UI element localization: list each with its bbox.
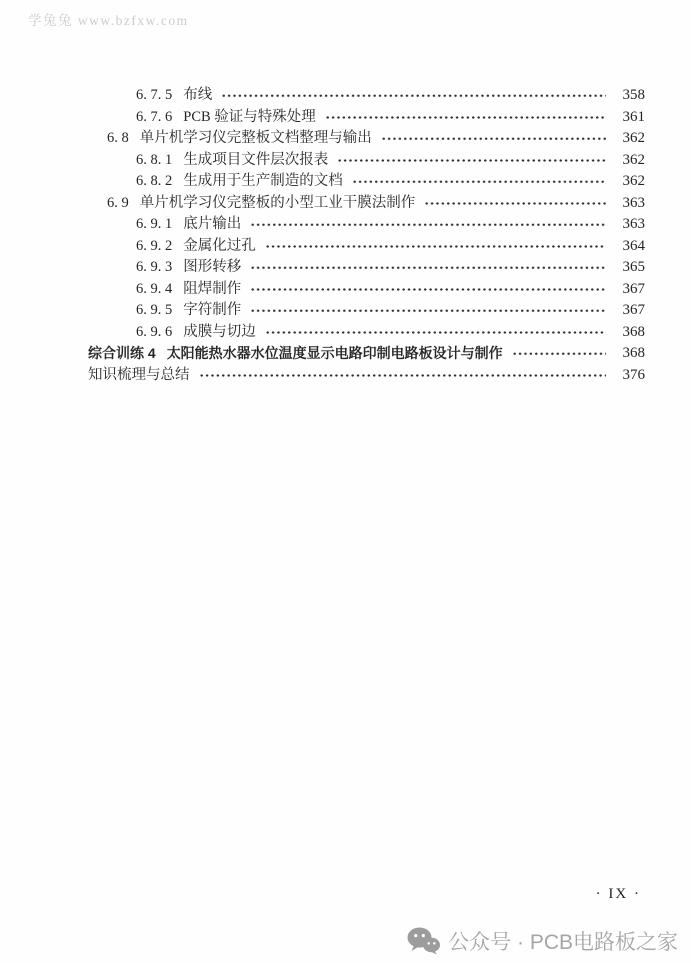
toc-entry-title: PCB 验证与特殊处理 <box>183 107 316 129</box>
toc-entry-number: 6. 9. 3 <box>136 257 172 279</box>
dot-leader <box>381 128 606 150</box>
watermark-text: 学兔兔 www.bzfxw.com <box>28 9 189 29</box>
toc-entry-title: 阻焊制作 <box>183 279 241 301</box>
dot-leader <box>250 279 606 301</box>
dot-leader <box>250 300 606 322</box>
toc-entry-title: 单片机学习仪完整板的小型工业干膜法制作 <box>140 193 416 215</box>
page-number-marker: · IX · <box>596 886 641 903</box>
toc-entry-page: 376 <box>613 365 645 387</box>
dot-leader <box>424 193 606 215</box>
toc-entry-number: 6. 8. 2 <box>136 171 172 193</box>
toc-entry-title: 太阳能热水器水位温度显示电路印制电路板设计与制作 <box>167 343 503 365</box>
toc-entry: 综合训练 4 太阳能热水器水位温度显示电路印制电路板设计与制作 368 <box>88 343 645 365</box>
dot-leader <box>250 214 606 236</box>
toc-entry: 6. 9. 6 成膜与切边 368 <box>88 322 645 344</box>
toc-entry: 知识梳理与总结 376 <box>88 365 645 387</box>
toc-entry-title: 金属化过孔 <box>183 236 256 258</box>
toc-entry-title: 底片输出 <box>183 214 241 236</box>
toc-entry-page: 358 <box>613 85 645 107</box>
toc-entry: 6. 7. 6 PCB 验证与特殊处理 361 <box>88 107 645 129</box>
toc-entry-page: 367 <box>613 300 645 322</box>
toc-entry-page: 361 <box>613 107 645 129</box>
toc-entry-title: 生成用于生产制造的文档 <box>183 171 343 193</box>
dot-leader <box>221 85 606 107</box>
toc-entry-page: 362 <box>613 128 645 150</box>
toc-entry-title: 字符制作 <box>183 300 241 322</box>
dot-leader <box>512 343 606 365</box>
toc-entry-page: 368 <box>613 322 645 344</box>
toc-entry-title: 知识梳理与总结 <box>88 365 190 387</box>
toc-entry: 6. 9. 3 图形转移 365 <box>88 257 645 279</box>
toc-entry-page: 362 <box>613 150 645 172</box>
toc-entry-number: 6. 9. 4 <box>136 279 172 301</box>
toc-entry-number: 6. 9. 2 <box>136 236 172 258</box>
wechat-icon <box>407 927 440 955</box>
dot-leader <box>337 150 606 172</box>
toc-entry-title: 生成项目文件层次报表 <box>183 150 328 172</box>
toc-entry-page: 363 <box>613 214 645 236</box>
toc-entry: 6. 9. 5 字符制作 367 <box>88 300 645 322</box>
toc-entry-number: 6. 9. 6 <box>136 322 172 344</box>
dot-leader <box>325 107 606 129</box>
toc-entry-page: 365 <box>613 257 645 279</box>
toc-entry-page: 364 <box>613 236 645 258</box>
toc-entry: 6. 9 单片机学习仪完整板的小型工业干膜法制作 363 <box>88 193 645 215</box>
toc-entry-page: 368 <box>613 343 645 365</box>
dot-leader <box>250 257 606 279</box>
toc-entry-title: 单片机学习仪完整板文档整理与输出 <box>140 128 372 150</box>
table-of-contents: 6. 7. 5 布线 358 6. 7. 6 PCB 验证与特殊处理 361 6… <box>88 85 645 386</box>
toc-entry: 6. 9. 4 阻焊制作 367 <box>88 279 645 301</box>
scanned-document-page: 学兔兔 www.bzfxw.com 6. 7. 5 布线 358 6. 7. 6… <box>0 0 691 963</box>
toc-entry-number: 6. 8 <box>107 128 129 150</box>
toc-entry-title: 图形转移 <box>183 257 241 279</box>
banner-text: 公众号 · PCB电路板之家 <box>448 926 678 956</box>
toc-entry-number: 综合训练 4 <box>88 343 156 365</box>
toc-entry-title: 布线 <box>183 85 212 107</box>
toc-entry: 6. 9. 1 底片输出 363 <box>88 214 645 236</box>
dot-leader <box>265 322 606 344</box>
toc-entry-number: 6. 9. 5 <box>136 300 172 322</box>
dot-leader <box>352 171 606 193</box>
toc-entry: 6. 8. 1 生成项目文件层次报表 362 <box>88 150 645 172</box>
wechat-banner: 公众号 · PCB电路板之家 <box>407 926 678 956</box>
toc-entry-number: 6. 7. 6 <box>136 107 172 129</box>
toc-entry: 6. 9. 2 金属化过孔 364 <box>88 236 645 258</box>
toc-entry-number: 6. 9 <box>107 193 129 215</box>
toc-entry-page: 367 <box>613 279 645 301</box>
toc-entry: 6. 8. 2 生成用于生产制造的文档 362 <box>88 171 645 193</box>
toc-entry: 6. 7. 5 布线 358 <box>88 85 645 107</box>
dot-leader <box>265 236 606 258</box>
toc-entry-number: 6. 9. 1 <box>136 214 172 236</box>
dot-leader <box>199 365 607 387</box>
toc-entry-page: 362 <box>613 171 645 193</box>
toc-entry: 6. 8 单片机学习仪完整板文档整理与输出 362 <box>88 128 645 150</box>
toc-entry-number: 6. 8. 1 <box>136 150 172 172</box>
toc-entry-number: 6. 7. 5 <box>136 85 172 107</box>
toc-entry-title: 成膜与切边 <box>183 322 256 344</box>
toc-entry-page: 363 <box>613 193 645 215</box>
